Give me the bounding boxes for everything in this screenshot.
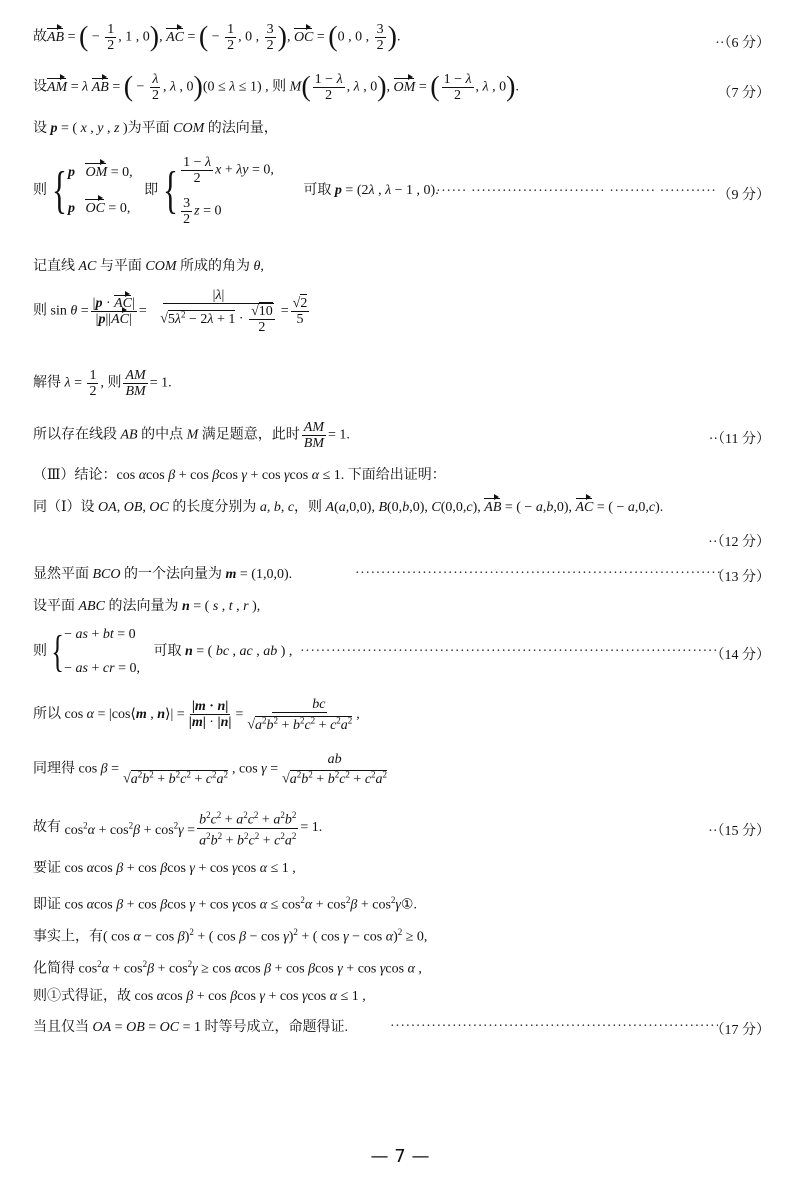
text: 同（Ⅰ）设 xyxy=(33,500,95,515)
text: 的一个法向量为 xyxy=(124,567,222,582)
leader-dots: ········································… xyxy=(390,1019,718,1035)
text: 则 xyxy=(107,376,121,391)
line-am: 设AM = λ AB = ( − λ2, λ , 0)(0 ≤ λ ≤ 1) ,… xyxy=(33,72,519,103)
line-cos-beta-gamma: 同理得 cos β = √a2b2 + b2c2 + c2a2, cos γ =… xyxy=(33,752,391,792)
text: 为平面 xyxy=(128,121,170,136)
line-midpoint: 所以存在线段 AB 的中点 M 满足题意，此时AMBM= 1. xyxy=(33,420,350,451)
line-equivalent: 即证 cos αcos β + cos βcos γ + cos γcos α … xyxy=(33,891,417,915)
text: 事实上，有 xyxy=(33,930,103,945)
line-solve-lambda: 解得 λ = 12, 则AMBM= 1. xyxy=(33,368,172,399)
line-part3-conclusion: （Ⅲ）结论：cos αcos β + cos βcos γ + cos γcos… xyxy=(33,467,446,485)
line-ab-ac-oc: 故AB = ( − 12, 1 , 0), AC = ( − 12, 0 , 3… xyxy=(33,22,400,53)
score-12: ··（12 分） xyxy=(708,531,770,551)
text: 满足题意，此时 xyxy=(202,428,300,443)
line-equality: 当且仅当 OA = OB = OC = 1 时等号成立，命题得证. xyxy=(33,1019,348,1037)
text: 所以 xyxy=(33,707,61,722)
text: 的法向量， xyxy=(208,121,278,136)
line-angle-theta: 记直线 AC 与平面 COM 所成的角为 θ, xyxy=(33,258,264,276)
line-cos-alpha: 所以 cos α = |cos⟨m , n⟩| =|m · n||m| · |n… xyxy=(33,697,360,737)
line-proved: 则①式得证，故 cos αcos β + cos βcos γ + cos γc… xyxy=(33,988,366,1006)
text: ，则 xyxy=(294,500,322,515)
text: 化简得 xyxy=(33,962,75,977)
text: 可取 xyxy=(303,183,331,198)
score-9: （9 分） xyxy=(718,184,771,204)
text: 记直线 xyxy=(33,259,75,274)
score-7: （7 分） xyxy=(718,82,771,102)
score-11: ··（11 分） xyxy=(709,428,770,448)
line-simplify: 化简得 cos2α + cos2β + cos2γ ≥ cos αcos β +… xyxy=(33,955,422,979)
text: 所成的角为 xyxy=(180,259,250,274)
text: 显然平面 xyxy=(33,567,89,582)
text: 设 xyxy=(33,121,47,136)
text: 时等号成立，命题得证. xyxy=(205,1020,349,1035)
text: 则①式得证，故 xyxy=(33,989,131,1004)
score-6: ··（6 分） xyxy=(715,32,770,52)
text: 当且仅当 xyxy=(33,1020,89,1035)
text: 设 xyxy=(33,80,47,95)
text: 即证 xyxy=(33,898,61,913)
text: 与平面 xyxy=(100,259,142,274)
line-normal-n: 设平面 ABC 的法向量为 n = ( s , t , r ), xyxy=(33,598,260,616)
line-normal-m: 显然平面 BCO 的一个法向量为 m = (1,0,0). xyxy=(33,566,292,584)
text: 即 xyxy=(144,183,158,198)
text: 的长度分别为 xyxy=(172,500,256,515)
line-system-p: 则{ p OM = 0, p OC = 0, 即{ 1 − λ2x + λy =… xyxy=(33,155,439,225)
score-14: （14 分） xyxy=(711,644,771,664)
text: 要证 xyxy=(33,861,61,876)
text: 则 xyxy=(33,304,47,319)
text: 可取 xyxy=(153,644,181,659)
text: 的中点 xyxy=(141,428,183,443)
page-number: — 7 — xyxy=(0,1146,800,1167)
text: 则 xyxy=(272,80,286,95)
line-system-n: 则{ − as + bt = 0 − as + cr = 0, 可取 n = (… xyxy=(33,626,292,682)
score-17: （17 分） xyxy=(711,1019,771,1039)
text: （Ⅲ）结论： xyxy=(33,468,117,483)
text: 的法向量为 xyxy=(108,599,178,614)
line-fact: 事实上，有( cos α − cos β)2 + ( cos β − cos γ… xyxy=(33,923,427,947)
text: 所以存在线段 xyxy=(33,428,117,443)
line-sum-squares: 故有 cos2α + cos2β + cos2γ =b2c2 + a2c2 + … xyxy=(33,808,322,848)
leader-dots: ········································… xyxy=(300,644,718,660)
text: 解得 xyxy=(33,376,61,391)
line-p-normal: 设 p = ( x , y , z )为平面 COM 的法向量， xyxy=(33,120,278,138)
leader-dots: ········································… xyxy=(355,566,720,582)
text: 下面给出证明： xyxy=(348,468,446,483)
text: 则 xyxy=(33,644,47,659)
text: 故有 xyxy=(33,820,61,835)
line-coordinates: 同（Ⅰ）设 OA, OB, OC 的长度分别为 a, b, c，则 A(a,0,… xyxy=(33,499,663,517)
score-13: （13 分） xyxy=(711,566,771,586)
text: 则 xyxy=(33,183,47,198)
line-sin-theta: 则 sin θ =|p · AC||p||AC|= |λ|√5λ2 − 2λ +… xyxy=(33,288,311,348)
text: 故 xyxy=(33,30,47,45)
text: 设平面 xyxy=(33,599,75,614)
line-to-prove: 要证 cos αcos β + cos βcos γ + cos γcos α … xyxy=(33,860,296,878)
leader-dots: ······ ·························· ······… xyxy=(436,184,716,200)
score-15: ··（15 分） xyxy=(708,820,770,840)
text: 同理得 xyxy=(33,761,75,776)
